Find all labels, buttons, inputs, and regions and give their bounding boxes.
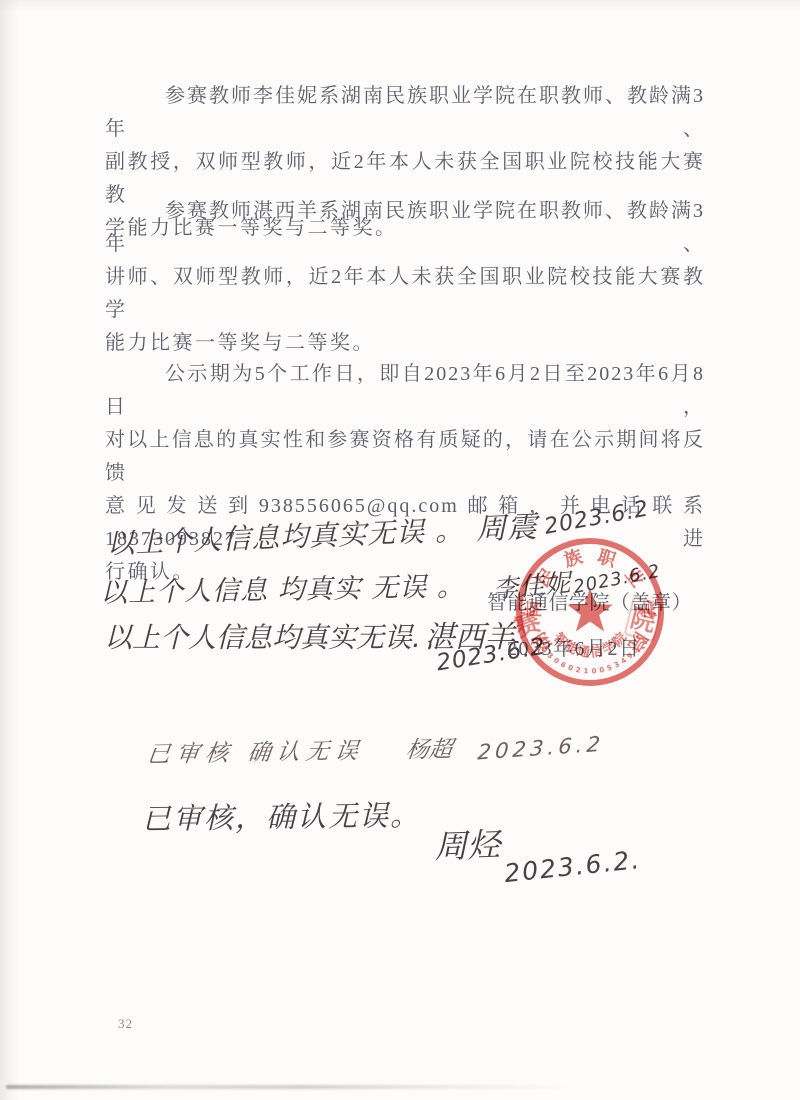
svg-text:0: 0 [552,656,561,665]
svg-text:1: 1 [583,667,589,675]
signature-yangchao: 杨超 [404,731,454,765]
confirmation-statement: 以上个人信息 均真实 无误 。 [100,572,465,609]
svg-text:2: 2 [575,666,581,675]
page-number: 32 [118,1016,133,1032]
document-page: 参赛教师李佳妮系湖南民族职业学院在职教师、教龄满3年、 副教授，双师型教师，近2… [0,0,800,1100]
svg-text:3: 3 [613,660,621,669]
review-statement: 已审核 确认无误 [146,738,366,768]
paragraph-line: 公示期为5个工作日，即自2023年6月2日至2023年6月8日， [105,358,705,424]
svg-text:0: 0 [567,664,574,673]
signature-date: 2023.6.2 [477,732,605,765]
handwritten-review-note: 已审核 确认无误杨超2023.6.2 [145,728,606,769]
svg-text:6: 6 [559,660,567,669]
paragraph-line: 对以上信息的真实性和参赛资格有质疑的，请在公示期间将反馈 [105,424,705,490]
paragraph-teacher-zhanxiyang: 参赛教师湛西羊系湖南民族职业学院在职教师、教龄满3年、 讲师、双师型教师，近2年… [105,195,705,360]
svg-text:5: 5 [606,664,613,673]
svg-text:0: 0 [599,666,605,675]
signature-zhouting: 周烃 [433,819,501,868]
svg-text:族: 族 [561,545,585,571]
svg-text:职: 职 [595,546,619,572]
svg-text:0: 0 [591,667,597,675]
scan-edge-left [0,0,18,1100]
confirmation-statement: 以上个人信息均真实无误. [104,621,421,654]
svg-text:3: 3 [545,651,554,660]
scan-edge-bottom [6,1085,576,1089]
paragraph-line: 参赛教师湛西羊系湖南民族职业学院在职教师、教龄满3年、 [105,195,705,261]
scan-edge-top [0,0,800,12]
seal-inner-text: 智能通信学院 [550,629,630,661]
svg-text:4: 4 [619,656,628,665]
paragraph-line: 参赛教师李佳妮系湖南民族职业学院在职教师、教龄满3年、 [105,80,705,146]
handwritten-final-review: 已审核，确认无误。 [142,793,422,838]
signature-date: 2023.6.2. [503,845,643,888]
paragraph-line: 讲师、双师型教师，近2年本人未获全国职业院校技能大赛教学 [105,261,705,327]
seal-star-icon [567,588,613,631]
paragraph-line: 能力比赛一等奖与二等奖。 [105,327,705,360]
